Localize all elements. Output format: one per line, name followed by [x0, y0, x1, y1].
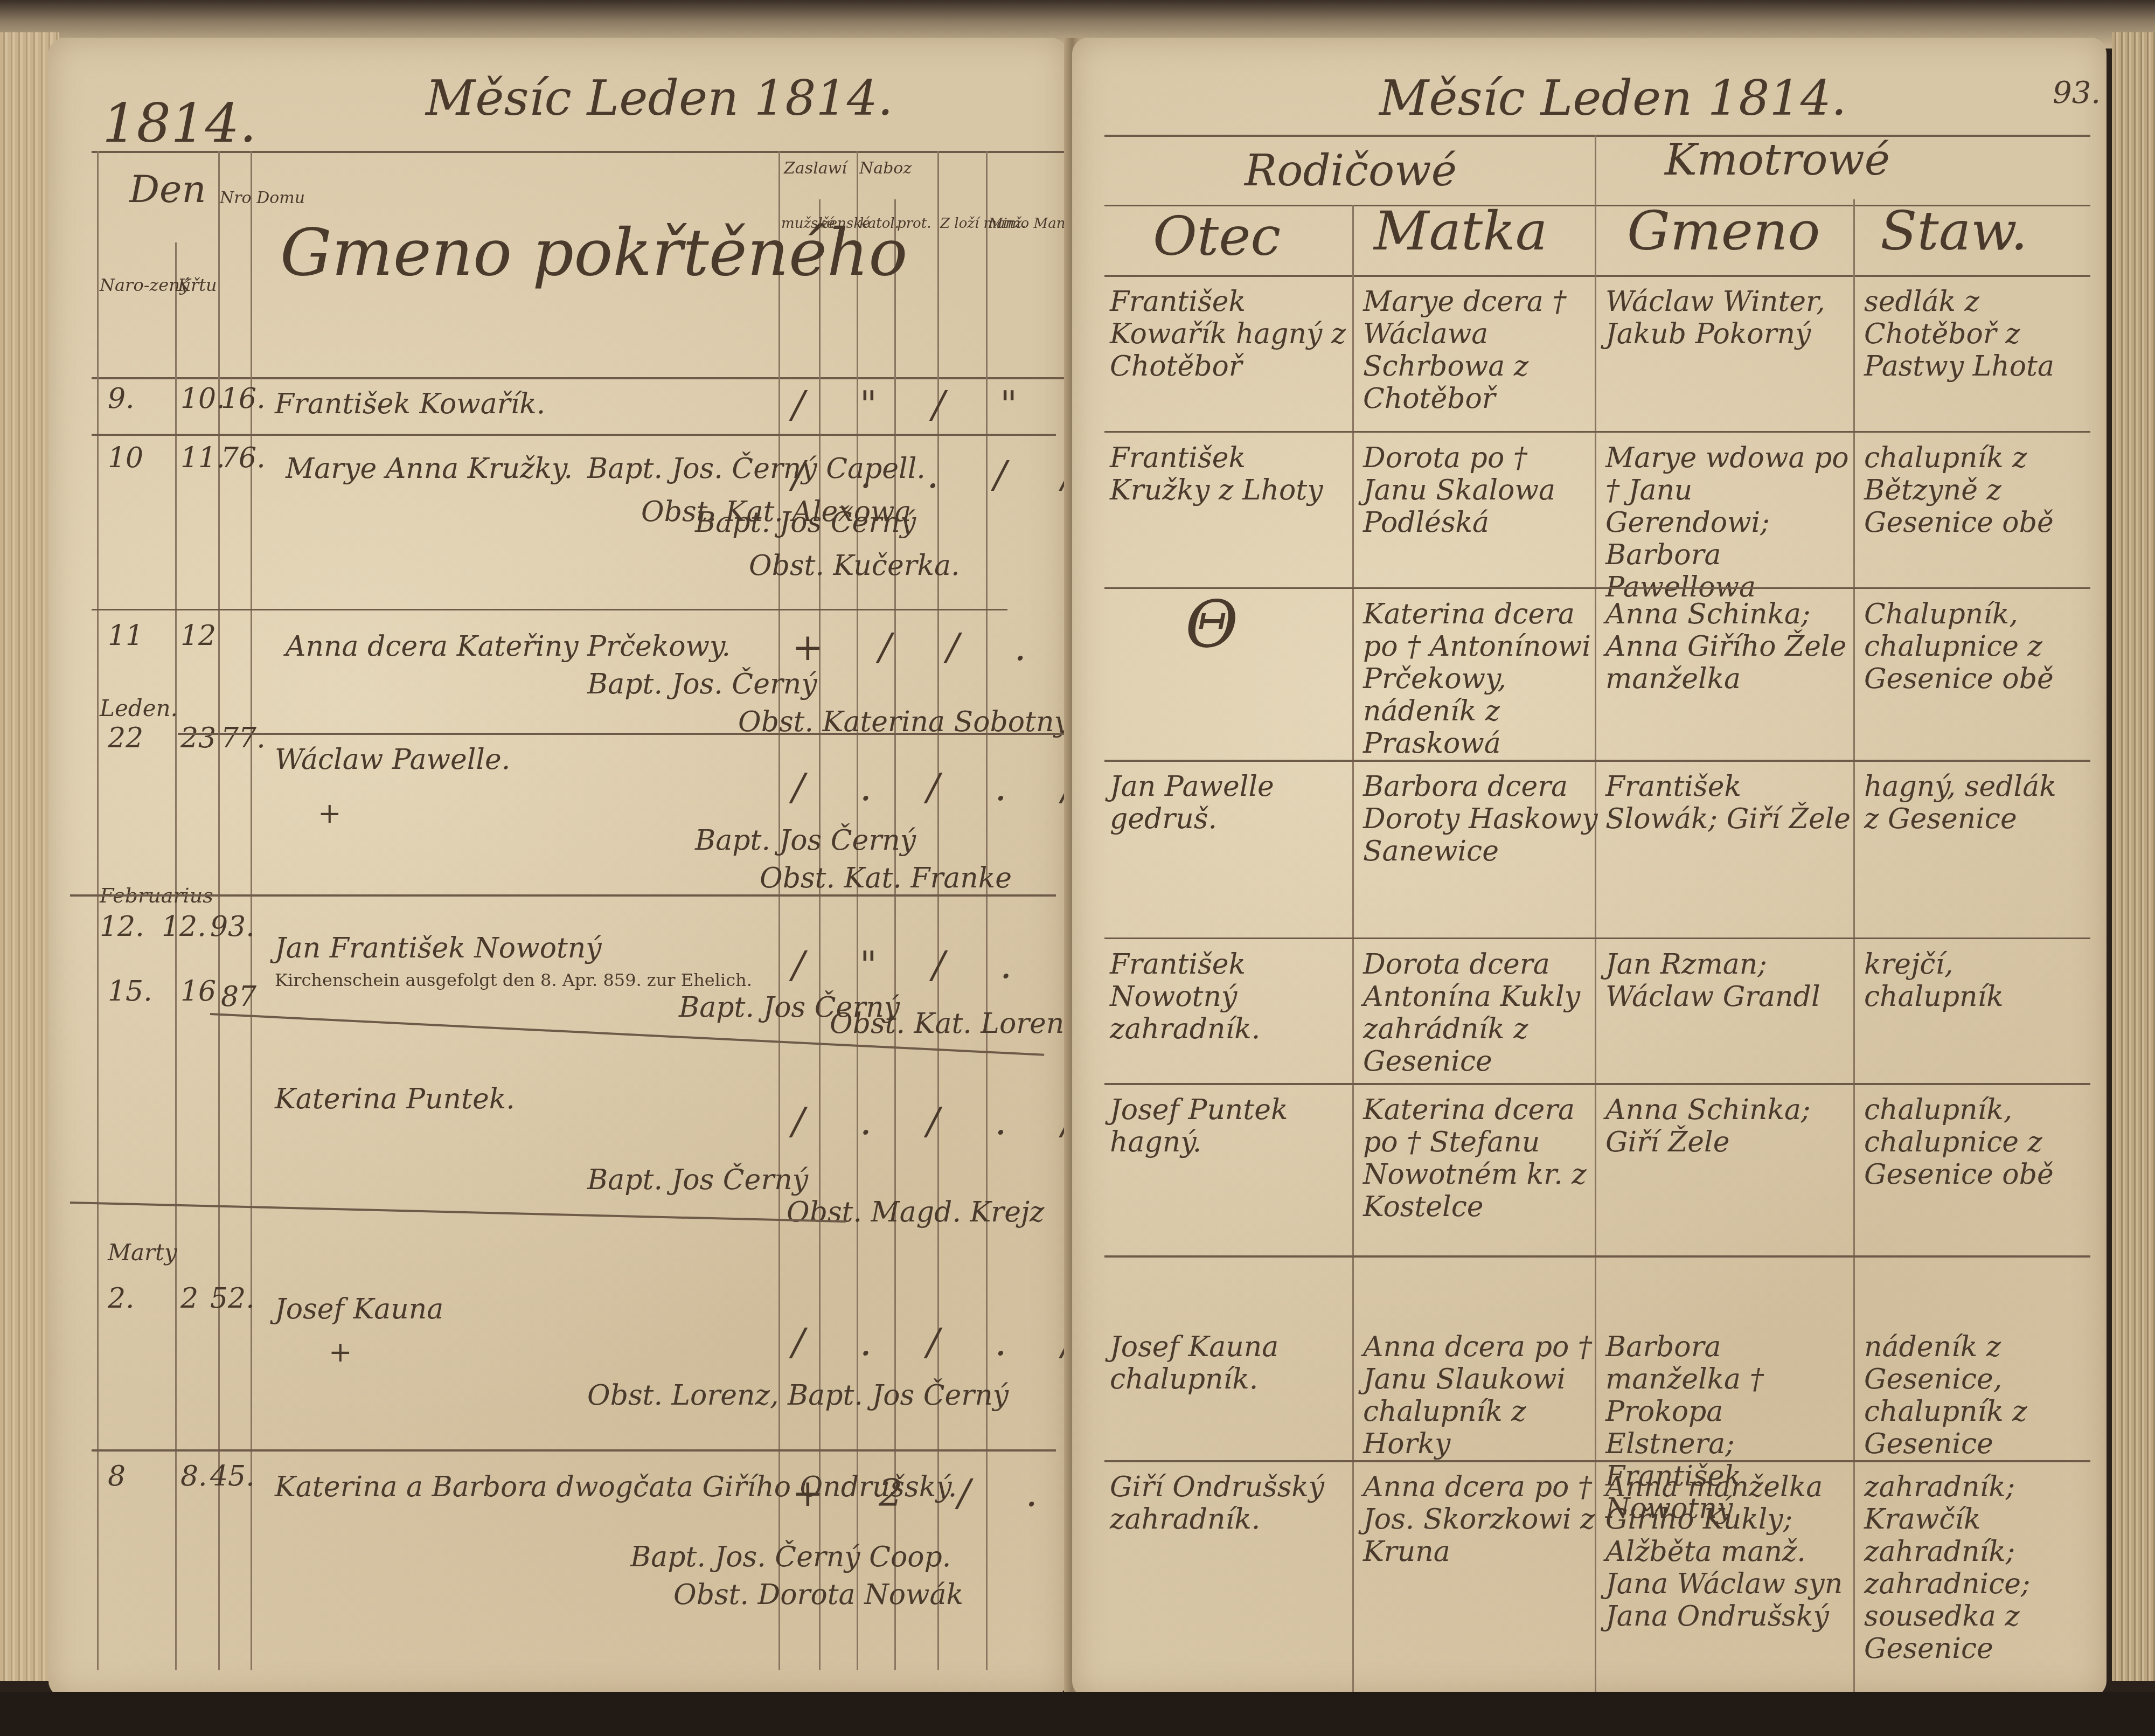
godparent-status: chalupník, chalupnice z Gesenice obě: [1864, 1094, 2080, 1191]
deceased-cross: +: [329, 1336, 352, 1369]
row-divider: [1104, 1460, 2090, 1462]
midwife: Obst. Kat. Lorenz: [830, 1008, 1079, 1040]
midwife: Obst. Kat. Franke: [760, 862, 1012, 894]
midwife: Obst. Magd. Krejz: [787, 1196, 1044, 1228]
father: Josef Kauna chalupník.: [1110, 1331, 1347, 1395]
father: František Kowařík hagný z Chotěboř: [1110, 286, 1347, 383]
house-number: 76.: [221, 442, 266, 474]
open-register-book: 1814. Měsíc Leden 1814. Den Naro-zený Kř…: [0, 0, 2155, 1736]
row-divider: [178, 733, 1067, 735]
father: František Nowotný zahradník.: [1110, 948, 1347, 1045]
baptized-by: Bapt. Jos Černý: [695, 824, 916, 857]
baptized-day: 8.: [180, 1460, 207, 1492]
month-title-left: Měsíc Leden 1814.: [426, 70, 893, 127]
classification-marks: / . / . /: [792, 1320, 1096, 1364]
month-marker: Leden.: [100, 695, 178, 721]
header-sex-group: Zaslawí: [784, 159, 847, 178]
baptized-by: Obst. Lorenz, Bapt. Jos Černý: [587, 1379, 1009, 1412]
child-name: Josef Kauna: [275, 1293, 443, 1325]
godparent-name: Jan Rzman; Wáclaw Grandl: [1605, 948, 1853, 1013]
father: Θ: [1185, 587, 1238, 662]
house-number: 16.: [221, 383, 266, 415]
godparent-name: Anna Schinka; Anna Giřího Žele manželka: [1605, 598, 1853, 695]
header-religion-protestant: prot.: [897, 216, 931, 232]
mother: Dorota dcera Antonína Kukly zahrádník z …: [1363, 948, 1600, 1078]
child-name: Katerina Puntek.: [275, 1083, 515, 1115]
child-name: Wáclaw Pawelle.: [275, 744, 510, 776]
page-edges-right: [2112, 32, 2155, 1681]
header-religion-group: Naboz: [859, 159, 912, 178]
house-number: 52.: [210, 1282, 255, 1315]
mother: Dorota po † Janu Skalowa Podléská: [1363, 442, 1600, 539]
row-divider: [70, 894, 1056, 897]
entry-row: František Kowařík hagný z Chotěboř Marye…: [1104, 286, 2090, 436]
year-corner: 1814.: [102, 92, 256, 155]
row-divider: [70, 1202, 846, 1223]
mother: Katerina dcera po † Antonínowi Prčekowy,…: [1363, 598, 1600, 760]
col-line: [175, 242, 177, 1670]
godparent-status: Chalupník, chalupnice z Gesenice obě: [1864, 598, 2080, 695]
father: Giří Ondrušský zahradník.: [1110, 1471, 1347, 1536]
godparent-status: chalupník z Bětzyně z Gesenice obě: [1864, 442, 2080, 539]
row-divider: [1104, 1083, 2090, 1085]
deceased-cross: +: [318, 797, 342, 830]
header-godparents: Kmotrowé: [1665, 135, 1890, 185]
col-line: [986, 151, 988, 1670]
mother: Anna dcera po † Jos. Skorzkowi z Kruna: [1363, 1471, 1600, 1568]
header-bottom-rule: [1104, 275, 2090, 277]
row-divider: [92, 434, 1056, 436]
baptized-day: 12.: [162, 911, 206, 943]
baptized-day: 12: [180, 620, 216, 652]
child-name: Marye Anna Kružky.: [286, 453, 573, 485]
born-day: 2.: [108, 1282, 135, 1315]
mother: Barbora dcera Doroty Haskowy Sanewice: [1363, 770, 1600, 867]
born-day: 15.: [108, 975, 152, 1008]
baptized-by: Bapt. Jos Černý: [695, 506, 916, 539]
classification-marks: / . / . /: [792, 1099, 1096, 1143]
header-krtu: Křtu: [178, 275, 217, 295]
header-father: Otec: [1153, 205, 1281, 268]
header-house-number: Nro Domu: [220, 189, 305, 207]
baptized-by: Bapt. Jos. Černý: [587, 668, 817, 700]
godparent-status: zahradník; Krawčík zahradník; zahradnice…: [1864, 1471, 2080, 1665]
classification-marks: / " / " /: [792, 383, 1107, 427]
month-marker: Marty: [108, 1239, 177, 1266]
born-day: 9.: [108, 383, 135, 415]
house-number: 93.: [210, 911, 255, 943]
left-page: 1814. Měsíc Leden 1814. Den Naro-zený Kř…: [48, 38, 1067, 1697]
godparent-name: Wáclaw Winter, Jakub Pokorný: [1605, 286, 1853, 350]
born-day: 8: [108, 1460, 126, 1492]
godparent-name: Anna Schinka; Giří Žele: [1605, 1094, 1853, 1158]
col-line: [857, 151, 858, 1670]
baptized-day: 11.: [180, 442, 225, 474]
col-line: [97, 151, 99, 1670]
midwife: Obst. Kučerka.: [749, 550, 960, 582]
header-den: Den: [129, 167, 206, 211]
born-day: 11: [108, 620, 143, 652]
mother: Marye dcera † Wáclawa Schrbowa z Chotěbo…: [1363, 286, 1600, 415]
child-name: František Kowařík.: [275, 388, 545, 420]
born-day: 22: [108, 722, 143, 754]
month-title-right: Měsíc Leden 1814.: [1379, 70, 1847, 127]
row-divider: [92, 609, 1007, 610]
classification-marks: / " / . /: [792, 943, 1101, 987]
row-divider: [1104, 760, 2090, 762]
father: Josef Puntek hagný.: [1110, 1094, 1347, 1158]
header-narozeni: Naro-zený: [100, 275, 190, 295]
col-line: [778, 151, 780, 1670]
later-annotation: Kirchenschein ausgefolgt den 8. Apr. 859…: [275, 970, 752, 990]
godparent-name: František Slowák; Giří Žele: [1605, 770, 1853, 835]
father: Jan Pawelle gedruš.: [1110, 770, 1347, 835]
table-surface: [0, 1692, 2155, 1736]
mother: Anna dcera po † Janu Slaukowi chalupník …: [1363, 1331, 1600, 1460]
baptized-day: 16: [180, 975, 216, 1008]
header-bottom-rule: [92, 377, 1072, 379]
child-name: Jan František Nowotný: [275, 932, 602, 964]
midwife: Obst. Dorota Nowák: [673, 1579, 963, 1611]
col-line: [937, 151, 939, 1670]
house-number: 87: [221, 981, 256, 1013]
header-top-rule: [1104, 135, 2090, 137]
header-top-rule: [92, 151, 1072, 153]
page-number: 93.: [2053, 75, 2101, 110]
right-page: Měsíc Leden 1814. 93. Rodičowé Kmotrowé …: [1072, 38, 2107, 1697]
header-parents: Rodičowé: [1245, 145, 1457, 196]
header-godparent-name: Gmeno: [1627, 199, 1820, 262]
godparent-status: hagný, sedlák z Gesenice: [1864, 770, 2080, 835]
house-number: 77.: [221, 722, 266, 754]
baptized-day: 2: [180, 1282, 198, 1315]
born-day: 10: [108, 442, 143, 474]
born-day: 12.: [100, 911, 144, 943]
godparent-name: Anna manželka Giřího Kukly; Alžběta manž…: [1605, 1471, 1853, 1633]
row-divider: [1104, 431, 2090, 433]
header-mother: Matka: [1374, 199, 1547, 262]
header-godparent-status: Staw.: [1880, 199, 2028, 262]
row-divider: [92, 1449, 1056, 1452]
row-divider: [1104, 1255, 2090, 1258]
godparent-status: nádeník z Gesenice, chalupník z Gesenice: [1864, 1331, 2080, 1460]
child-name: Anna dcera Kateřiny Prčekowy.: [286, 630, 731, 663]
mother: Katerina dcera po † Stefanu Nowotném kr.…: [1363, 1094, 1600, 1223]
godparent-status: sedlák z Chotěboř z Pastwy Lhota: [1864, 286, 2080, 383]
row-divider: [1104, 938, 2090, 939]
baptized-day: 10.: [180, 383, 225, 415]
baptized-day: 23: [180, 722, 216, 754]
header-religion-catholic: katol.: [859, 216, 899, 232]
godparent-name: Marye wdowa po † Janu Gerendowi; Barbora…: [1605, 442, 1853, 603]
row-divider: [1104, 587, 2090, 589]
father: František Kružky z Lhoty: [1110, 442, 1347, 506]
house-number: 45.: [210, 1460, 255, 1492]
baptized-by: Bapt. Jos. Černý Coop.: [630, 1541, 951, 1573]
godparent-status: krejčí, chalupník: [1864, 948, 2080, 1013]
baptized-by: Bapt. Jos Černý: [587, 1164, 808, 1196]
